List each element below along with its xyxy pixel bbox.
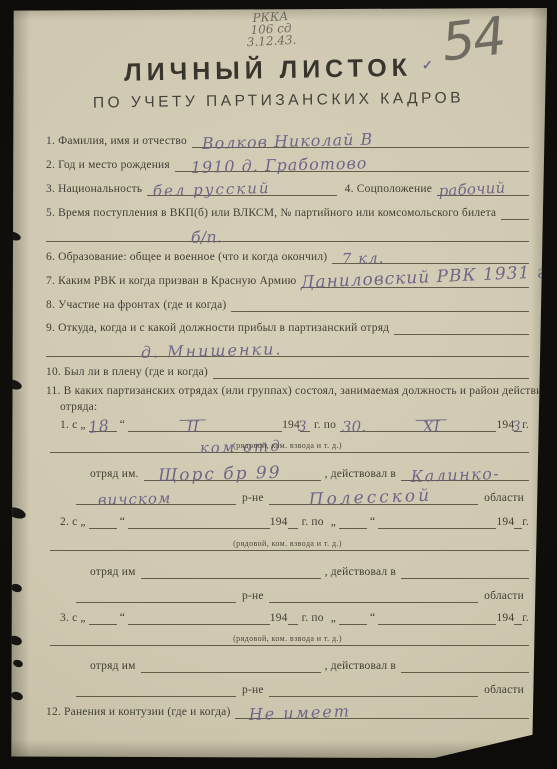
binding-hole [10, 582, 23, 593]
entry-1-year-from: 3 [298, 421, 307, 434]
field-5-label: 5. Время поступления в ВКП(б) или ВЛКСМ,… [46, 207, 501, 220]
field-2-line: 1910 д. Гработово [175, 158, 529, 172]
field-2-row: 2. Год и место рождения 1910 д. Гработов… [46, 158, 529, 172]
entry-3-acted-line [401, 659, 529, 673]
field-1-row: 1. Фамилия, имя и отчество Волков Никола… [46, 134, 529, 148]
entry-2-acted-label: , действовал в [321, 566, 401, 579]
year-prefix: 194 [270, 516, 288, 529]
field-6-value: 7 кл. [342, 252, 385, 266]
entry-1-month-to: XI [416, 419, 447, 434]
entry-3-district-row: р-не области [76, 683, 529, 697]
entry-3-otryad-row: отряд им , действовал в [90, 659, 529, 673]
entry-1-date-row: 1. с „ 18 “ II 194 3 г. по 30. XI 194 3 … [60, 418, 529, 432]
field-9-value-line: д. Мнишенки. [46, 343, 529, 357]
entry-2-district-line [76, 589, 236, 603]
entry-2-day-to-line [339, 515, 367, 529]
field-12-row: 12. Ранения и контузии (где и когда) Не … [46, 705, 529, 719]
quote-open: „ [328, 516, 339, 529]
field-7-line: Даниловский РВК 1931 г. [301, 274, 529, 288]
entry-1-month-from: II [180, 419, 207, 434]
field-4-line: рабочий [437, 182, 529, 196]
entry-2-num: 2. с [60, 516, 77, 529]
pencil-annotation: РККА 106 сд 3.12.43. [205, 8, 337, 51]
district-label: р-не [236, 684, 269, 697]
district-label: р-не [236, 590, 269, 603]
g-po-label: г. по [298, 612, 328, 625]
oblast-label: области [478, 492, 529, 505]
year-prefix: 194 [496, 612, 514, 625]
quote-open: „ [77, 612, 88, 625]
entry-2-year-from-line [288, 515, 298, 529]
field-5-line [501, 206, 529, 220]
rank-hint: (рядовой, ком. взвода и т. д.) [46, 439, 529, 452]
entry-2-otryad-line [141, 565, 321, 579]
field-4-value: рабочий [438, 182, 505, 198]
entry-2-oblast-line [269, 589, 479, 603]
entry-3-acted-label: , действовал в [321, 660, 401, 673]
entry-3-date-row: 3. с „ “ 194 г. по „ “ 194 г. [60, 611, 529, 625]
district-label: р-не [236, 492, 269, 505]
g-label: г. [522, 419, 529, 432]
field-11-label: 11. В каких партизанских отрядах (или гр… [46, 385, 553, 398]
entry-1-year-to-line: 3 [514, 418, 522, 432]
entry-1-otryad-value: Щорс бр 99 [157, 467, 281, 483]
entry-1-num: 1. с [60, 419, 77, 432]
entry-1-month-from-line: II [128, 418, 282, 432]
field-6-row: 6. Образование: общее и военное (что и к… [46, 250, 529, 264]
quote-close: “ [367, 612, 378, 625]
binding-hole [5, 230, 22, 242]
entry-3-month-to-line [378, 611, 496, 625]
field-7-label: 7. Каким РВК и когда призван в Красную А… [46, 275, 301, 288]
form-subtitle: ПО УЧЕТУ ПАРТИЗАНСКИХ КАДРОВ [10, 88, 547, 113]
entry-1-acted-line: Калинко- [401, 467, 529, 481]
quote-close: “ [367, 516, 378, 529]
entry-1-month-to-line: XI [368, 418, 496, 432]
form-title-text: ЛИЧНЫЙ ЛИСТОК [124, 54, 412, 87]
field-3-value: бел русский [153, 182, 271, 198]
quote-close: “ [117, 612, 128, 625]
field-8-label: 8. Участие на фронтах (где и когда) [46, 299, 231, 312]
field-3-line: бел русский [147, 182, 336, 196]
quote-open: „ [328, 612, 339, 625]
entry-1-day-to-line: 30. [340, 418, 368, 432]
entry-3-oblast-line [269, 683, 479, 697]
entry-1-year-to: 3 [512, 421, 521, 434]
field-9-value-row: д. Мнишенки. [46, 343, 529, 357]
field-4-label: 4. Соцположение [337, 183, 437, 196]
field-5-value-row: б/п. [46, 228, 529, 242]
field-12-label: 12. Ранения и контузии (где и когда) [46, 706, 235, 719]
entry-1-otryad-label: отряд им. [90, 468, 144, 481]
entry-3-otryad-label: отряд им [90, 660, 141, 673]
entry-2-month-to-line [378, 515, 496, 529]
entry-1-district-line: вичском [76, 491, 236, 505]
entry-2-otryad-label: отряд им [90, 566, 141, 579]
entry-3-day-to-line [339, 611, 367, 625]
binding-hole [6, 505, 27, 520]
entry-3-otryad-line [141, 659, 321, 673]
field-10-row: 10. Был ли в плену (где и когда) [46, 365, 529, 379]
field-3-4-row: 3. Национальность бел русский 4. Соцполо… [46, 182, 529, 196]
binding-hole [12, 659, 24, 669]
field-11-label-2: отряда: [60, 401, 102, 414]
oblast-label: области [478, 684, 529, 697]
field-8-row: 8. Участие на фронтах (где и когда) [46, 298, 529, 312]
g-label: г. [522, 516, 529, 529]
entry-2-month-from-line [128, 515, 270, 529]
field-6-label: 6. Образование: общее и военное (что и к… [46, 251, 332, 264]
entry-1-otryad-line: Щорс бр 99 [144, 467, 321, 481]
field-1-value: Волков Николай В [202, 133, 374, 150]
field-9-label: 9. Откуда, когда и с какой должности при… [46, 322, 394, 335]
field-2-label: 2. Год и место рождения [46, 159, 175, 172]
entry-2-day-from-line [89, 515, 117, 529]
entry-3-district-line [76, 683, 236, 697]
entry-1-acted-value: Калинко- [411, 467, 501, 483]
rank-hint: (рядовой, ком. взвода и т. д.) [46, 537, 529, 550]
document-page: РККА 106 сд 3.12.43. 54 ЛИЧНЫЙ ЛИСТОК✓ П… [10, 8, 547, 758]
field-11-label-row-2: отряда: [60, 401, 529, 414]
entry-1-year-from-line: 3 [300, 418, 310, 432]
field-7-value: Даниловский РВК 1931 г. [301, 266, 554, 290]
rank-hint: (рядовой, ком. взвода и т. д.) [46, 632, 529, 645]
entry-1-district-row: вичском р-не Полесской области [76, 491, 529, 505]
field-11-label-row: 11. В каких партизанских отрядах (или гр… [46, 385, 529, 398]
entry-1-day-from: 18 [87, 419, 109, 434]
quote-close: “ [117, 419, 128, 432]
field-9-value: д. Мнишенки. [141, 342, 283, 359]
entry-2-district-row: р-не области [76, 589, 529, 603]
entry-3-day-from-line [89, 611, 117, 625]
binding-hole [10, 690, 24, 701]
entry-2-date-row: 2. с „ “ 194 г. по „ “ 194 г. [60, 515, 529, 529]
year-prefix: 194 [270, 612, 288, 625]
field-6-line: 7 кл. [332, 250, 529, 264]
g-po-label: г. по [310, 419, 340, 432]
field-1-line: Волков Николай В [192, 134, 529, 148]
entry-3-year-from-line [288, 611, 298, 625]
entry-3-year-to-line [514, 611, 522, 625]
field-9-row: 9. Откуда, когда и с какой должности при… [46, 321, 529, 335]
entry-1-day-to: 30. [342, 420, 367, 434]
entry-3-num: 3. с [60, 612, 77, 625]
entry-2-otryad-row: отряд им , действовал в [90, 565, 529, 579]
field-9-line [394, 321, 529, 335]
entry-1-acted-label: , действовал в [321, 468, 401, 481]
field-1-label: 1. Фамилия, имя и отчество [46, 135, 192, 148]
field-5-row: 5. Время поступления в ВКП(б) или ВЛКСМ,… [46, 206, 529, 220]
quote-close: “ [117, 516, 128, 529]
entry-3-month-from-line [128, 611, 270, 625]
field-10-line [213, 365, 529, 379]
quote-open: „ [77, 516, 88, 529]
entry-1-oblast-line: Полесской [269, 491, 479, 505]
checkmark: ✓ [422, 57, 433, 72]
entry-1-otryad-row: отряд им. Щорс бр 99 , действовал в Кали… [90, 467, 529, 481]
field-5-value-line: б/п. [46, 228, 529, 242]
binding-hole [4, 378, 23, 392]
field-12-value: Не имеет [249, 704, 352, 721]
field-10-label: 10. Был ли в плену (где и когда) [46, 366, 213, 379]
field-7-row: 7. Каким РВК и когда призван в Красную А… [46, 274, 529, 288]
year-prefix: 194 [496, 516, 514, 529]
form-title: ЛИЧНЫЙ ЛИСТОК✓ [10, 51, 547, 89]
scan-background: РККА 106 сд 3.12.43. 54 ЛИЧНЫЙ ЛИСТОК✓ П… [0, 0, 557, 769]
entry-2-acted-line [401, 565, 529, 579]
entry-1-oblast-value: Полесской [308, 490, 432, 507]
field-8-line [231, 298, 529, 312]
field-3-label: 3. Национальность [46, 183, 147, 196]
entry-2-year-to-line [514, 515, 522, 529]
g-label: г. [522, 612, 529, 625]
binding-hole [8, 634, 23, 647]
entry-1-district-value: вичском [98, 492, 172, 507]
entry-1-day-from-line: 18 [89, 418, 117, 432]
g-po-label: г. по [298, 516, 328, 529]
oblast-label: области [478, 590, 529, 603]
field-5-value: б/п. [191, 230, 223, 244]
field-2-value: 1910 д. Гработово [191, 156, 368, 174]
field-12-line: Не имеет [235, 705, 529, 719]
